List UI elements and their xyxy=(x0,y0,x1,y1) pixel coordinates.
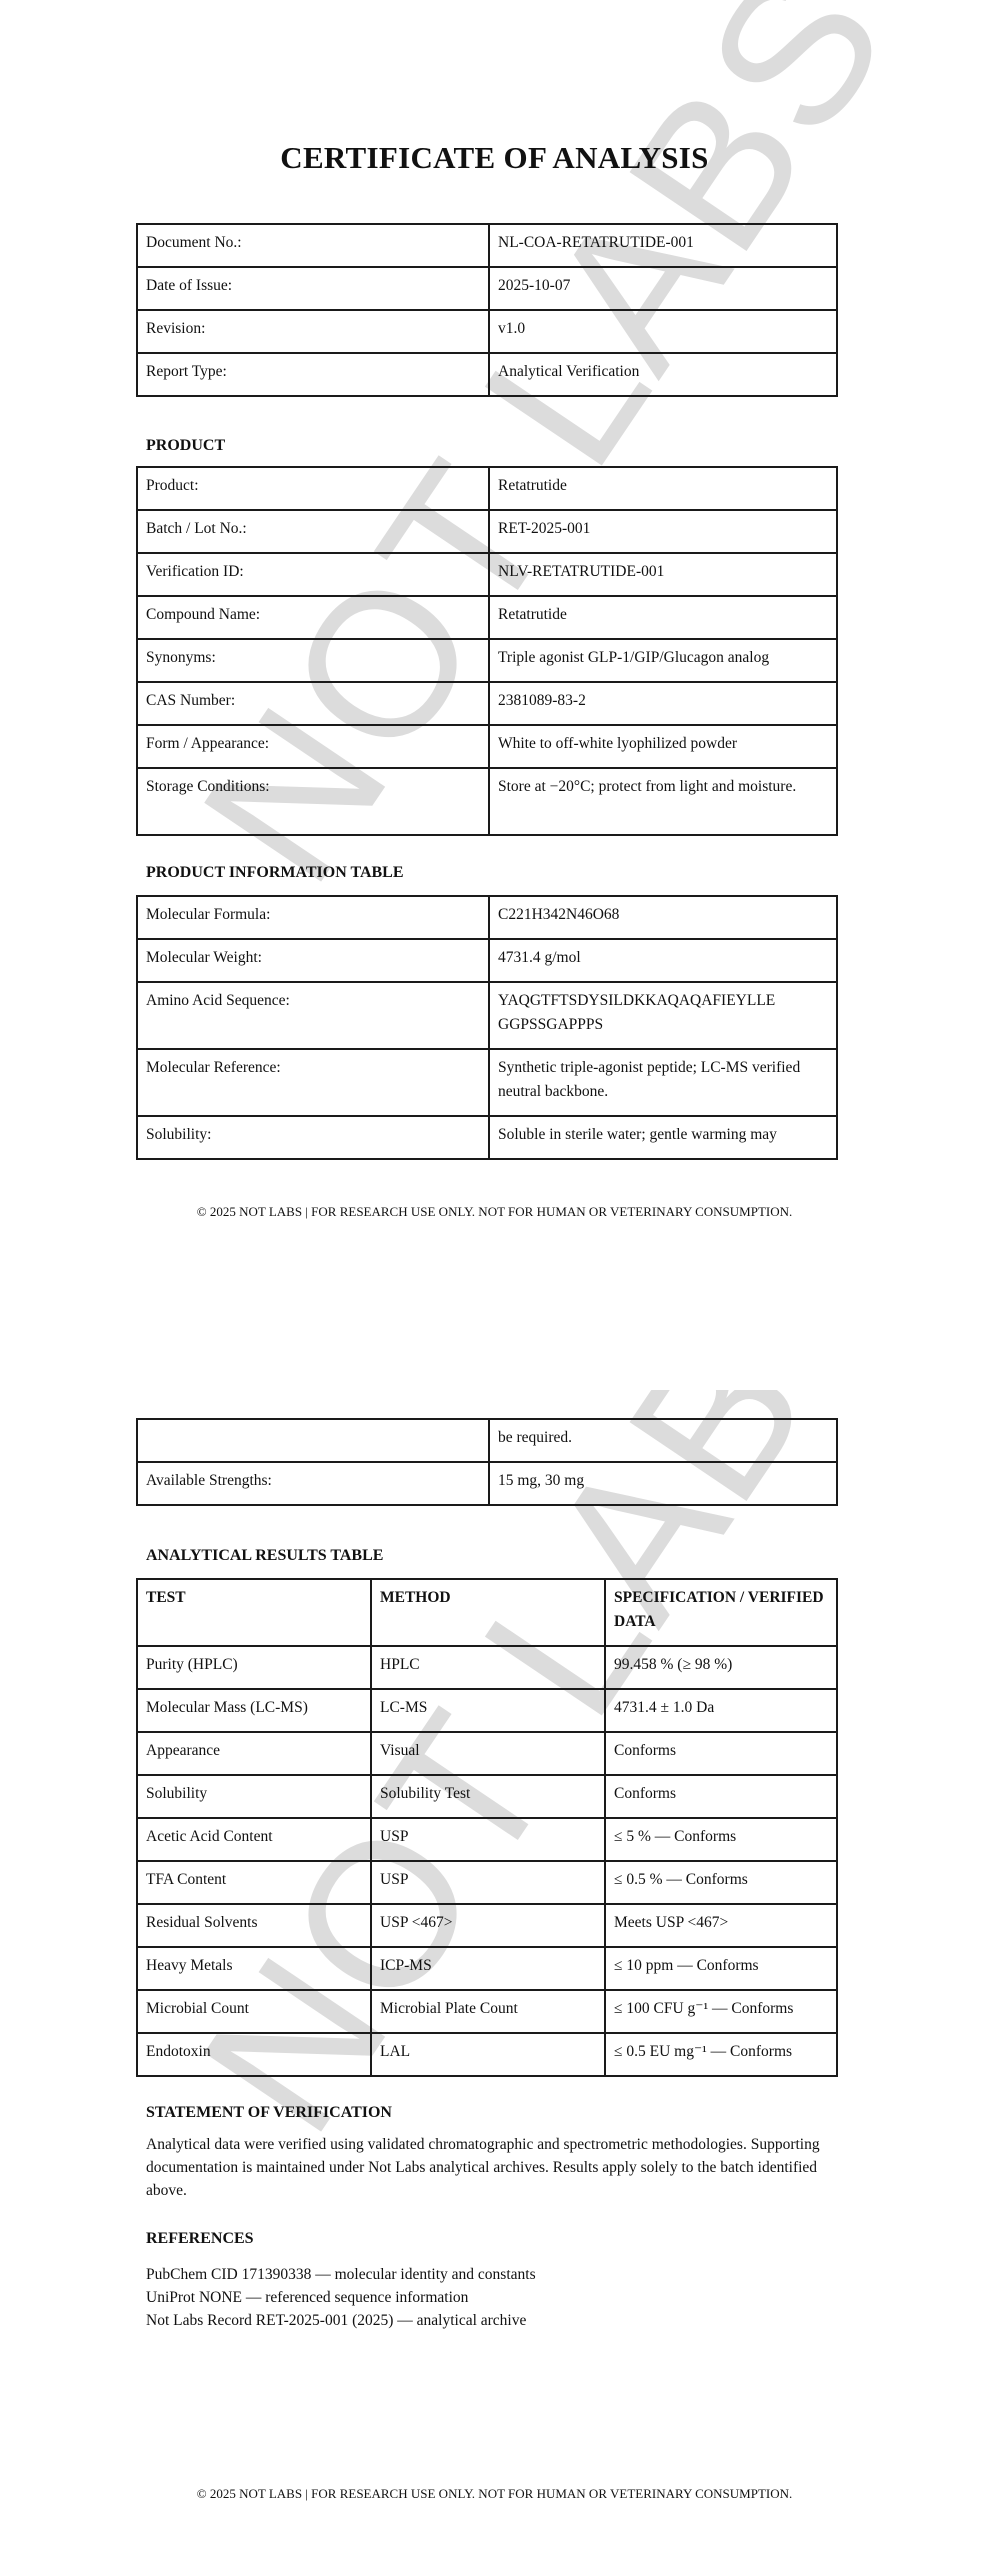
result-cell: ≤ 100 CFU g⁻¹ — Conforms xyxy=(605,1990,837,2033)
field-label: Molecular Reference: xyxy=(137,1049,489,1116)
table-row: Form / Appearance:White to off-white lyo… xyxy=(137,725,837,768)
page-1: NOT LABS CERTIFICATE OF ANALYSIS Documen… xyxy=(0,0,989,1390)
table-row: Microbial CountMicrobial Plate Count≤ 10… xyxy=(137,1990,837,2033)
test-cell: Purity (HPLC) xyxy=(137,1646,371,1689)
field-value: v1.0 xyxy=(489,310,837,353)
field-label xyxy=(137,1419,489,1462)
document-title: CERTIFICATE OF ANALYSIS xyxy=(0,140,989,176)
product-info-table: Molecular Formula:C221H342N46O68Molecula… xyxy=(136,895,838,1160)
table-row: Purity (HPLC)HPLC99.458 % (≥ 98 %) xyxy=(137,1646,837,1689)
field-value: White to off-white lyophilized powder xyxy=(489,725,837,768)
reference-item: PubChem CID 171390338 — molecular identi… xyxy=(146,2263,536,2286)
field-label: Verification ID: xyxy=(137,553,489,596)
page-2: NOT LABS be required.Available Strengths… xyxy=(0,1390,989,2560)
column-header-method: METHOD xyxy=(371,1579,605,1646)
field-value: Retatrutide xyxy=(489,596,837,639)
field-label: CAS Number: xyxy=(137,682,489,725)
table-row: Acetic Acid ContentUSP≤ 5 % — Conforms xyxy=(137,1818,837,1861)
result-cell: Conforms xyxy=(605,1732,837,1775)
table-row: Heavy MetalsICP-MS≤ 10 ppm — Conforms xyxy=(137,1947,837,1990)
method-cell: ICP-MS xyxy=(371,1947,605,1990)
table-row: Solubility:Soluble in sterile water; gen… xyxy=(137,1116,837,1159)
field-value: Soluble in sterile water; gentle warming… xyxy=(489,1116,837,1159)
result-cell: 99.458 % (≥ 98 %) xyxy=(605,1646,837,1689)
field-value: NLV-RETATRUTIDE-001 xyxy=(489,553,837,596)
table-row: Date of Issue:2025-10-07 xyxy=(137,267,837,310)
statement-heading: STATEMENT OF VERIFICATION xyxy=(146,2104,392,2122)
field-label: Date of Issue: xyxy=(137,267,489,310)
product-heading: PRODUCT xyxy=(146,437,225,455)
product-info-table-continued: be required.Available Strengths:15 mg, 3… xyxy=(136,1418,838,1506)
test-cell: Endotoxin xyxy=(137,2033,371,2076)
field-label: Amino Acid Sequence: xyxy=(137,982,489,1049)
table-row: Amino Acid Sequence:YAQGTFTSDYSILDKKAQAQ… xyxy=(137,982,837,1049)
test-cell: TFA Content xyxy=(137,1861,371,1904)
table-row: Molecular Mass (LC-MS)LC-MS4731.4 ± 1.0 … xyxy=(137,1689,837,1732)
result-cell: ≤ 5 % — Conforms xyxy=(605,1818,837,1861)
field-label: Synonyms: xyxy=(137,639,489,682)
field-label: Form / Appearance: xyxy=(137,725,489,768)
method-cell: LAL xyxy=(371,2033,605,2076)
method-cell: Microbial Plate Count xyxy=(371,1990,605,2033)
table-row: Product:Retatrutide xyxy=(137,467,837,510)
table-row: Molecular Reference:Synthetic triple-ago… xyxy=(137,1049,837,1116)
field-value: Triple agonist GLP-1/GIP/Glucagon analog xyxy=(489,639,837,682)
table-row: CAS Number:2381089-83-2 xyxy=(137,682,837,725)
page-footer: © 2025 NOT LABS | FOR RESEARCH USE ONLY.… xyxy=(0,1204,989,1220)
method-cell: LC-MS xyxy=(371,1689,605,1732)
table-row: EndotoxinLAL≤ 0.5 EU mg⁻¹ — Conforms xyxy=(137,2033,837,2076)
table-row: SolubilitySolubility TestConforms xyxy=(137,1775,837,1818)
field-value: NL-COA-RETATRUTIDE-001 xyxy=(489,224,837,267)
field-value: 2381089-83-2 xyxy=(489,682,837,725)
test-cell: Appearance xyxy=(137,1732,371,1775)
references-list: PubChem CID 171390338 — molecular identi… xyxy=(146,2263,536,2332)
test-cell: Acetic Acid Content xyxy=(137,1818,371,1861)
table-row: Molecular Formula:C221H342N46O68 xyxy=(137,896,837,939)
product-info-heading: PRODUCT INFORMATION TABLE xyxy=(146,864,404,882)
table-row: Synonyms:Triple agonist GLP-1/GIP/Glucag… xyxy=(137,639,837,682)
method-cell: Solubility Test xyxy=(371,1775,605,1818)
field-label: Report Type: xyxy=(137,353,489,396)
reference-item: Not Labs Record RET-2025-001 (2025) — an… xyxy=(146,2309,536,2332)
field-label: Available Strengths: xyxy=(137,1462,489,1505)
table-row: Batch / Lot No.:RET-2025-001 xyxy=(137,510,837,553)
field-value: 15 mg, 30 mg xyxy=(489,1462,837,1505)
table-header-row: TEST METHOD SPECIFICATION / VERIFIED DAT… xyxy=(137,1579,837,1646)
field-label: Molecular Formula: xyxy=(137,896,489,939)
analytical-results-heading: ANALYTICAL RESULTS TABLE xyxy=(146,1547,383,1565)
table-row: AppearanceVisualConforms xyxy=(137,1732,837,1775)
page-footer: © 2025 NOT LABS | FOR RESEARCH USE ONLY.… xyxy=(0,2486,989,2502)
table-row: be required. xyxy=(137,1419,837,1462)
document-info-table: Document No.:NL-COA-RETATRUTIDE-001Date … xyxy=(136,223,838,397)
field-value: Analytical Verification xyxy=(489,353,837,396)
method-cell: USP xyxy=(371,1818,605,1861)
table-row: Available Strengths:15 mg, 30 mg xyxy=(137,1462,837,1505)
field-value: C221H342N46O68 xyxy=(489,896,837,939)
test-cell: Residual Solvents xyxy=(137,1904,371,1947)
result-cell: ≤ 10 ppm — Conforms xyxy=(605,1947,837,1990)
table-row: Storage Conditions:Store at −20°C; prote… xyxy=(137,768,837,835)
table-row: Compound Name:Retatrutide xyxy=(137,596,837,639)
table-row: Document No.:NL-COA-RETATRUTIDE-001 xyxy=(137,224,837,267)
test-cell: Heavy Metals xyxy=(137,1947,371,1990)
field-value: 2025-10-07 xyxy=(489,267,837,310)
field-value: 4731.4 g/mol xyxy=(489,939,837,982)
method-cell: HPLC xyxy=(371,1646,605,1689)
reference-item: UniProt NONE — referenced sequence infor… xyxy=(146,2286,536,2309)
table-row: Molecular Weight:4731.4 g/mol xyxy=(137,939,837,982)
analytical-results-table: TEST METHOD SPECIFICATION / VERIFIED DAT… xyxy=(136,1578,838,2077)
table-row: Verification ID:NLV-RETATRUTIDE-001 xyxy=(137,553,837,596)
field-value: Store at −20°C; protect from light and m… xyxy=(489,768,837,835)
field-label: Revision: xyxy=(137,310,489,353)
table-row: TFA ContentUSP≤ 0.5 % — Conforms xyxy=(137,1861,837,1904)
result-cell: 4731.4 ± 1.0 Da xyxy=(605,1689,837,1732)
table-row: Residual SolventsUSP <467>Meets USP <467… xyxy=(137,1904,837,1947)
field-label: Compound Name: xyxy=(137,596,489,639)
table-row: Revision:v1.0 xyxy=(137,310,837,353)
test-cell: Molecular Mass (LC-MS) xyxy=(137,1689,371,1732)
field-label: Document No.: xyxy=(137,224,489,267)
field-label: Solubility: xyxy=(137,1116,489,1159)
field-value: YAQGTFTSDYSILDKKAQAQAFIEYLLE GGPSSGAPPPS xyxy=(489,982,837,1049)
method-cell: USP <467> xyxy=(371,1904,605,1947)
method-cell: Visual xyxy=(371,1732,605,1775)
column-header-specification: SPECIFICATION / VERIFIED DATA xyxy=(605,1579,837,1646)
field-label: Storage Conditions: xyxy=(137,768,489,835)
field-value: Retatrutide xyxy=(489,467,837,510)
test-cell: Microbial Count xyxy=(137,1990,371,2033)
references-heading: REFERENCES xyxy=(146,2230,254,2248)
test-cell: Solubility xyxy=(137,1775,371,1818)
column-header-test: TEST xyxy=(137,1579,371,1646)
field-label: Product: xyxy=(137,467,489,510)
field-value: be required. xyxy=(489,1419,837,1462)
field-label: Molecular Weight: xyxy=(137,939,489,982)
product-table: Product:RetatrutideBatch / Lot No.:RET-2… xyxy=(136,466,838,836)
field-value: Synthetic triple-agonist peptide; LC-MS … xyxy=(489,1049,837,1116)
field-label: Batch / Lot No.: xyxy=(137,510,489,553)
method-cell: USP xyxy=(371,1861,605,1904)
result-cell: ≤ 0.5 EU mg⁻¹ — Conforms xyxy=(605,2033,837,2076)
result-cell: Meets USP <467> xyxy=(605,1904,837,1947)
result-cell: Conforms xyxy=(605,1775,837,1818)
field-value: RET-2025-001 xyxy=(489,510,837,553)
result-cell: ≤ 0.5 % — Conforms xyxy=(605,1861,837,1904)
statement-text: Analytical data were verified using vali… xyxy=(146,2133,856,2202)
table-row: Report Type:Analytical Verification xyxy=(137,353,837,396)
